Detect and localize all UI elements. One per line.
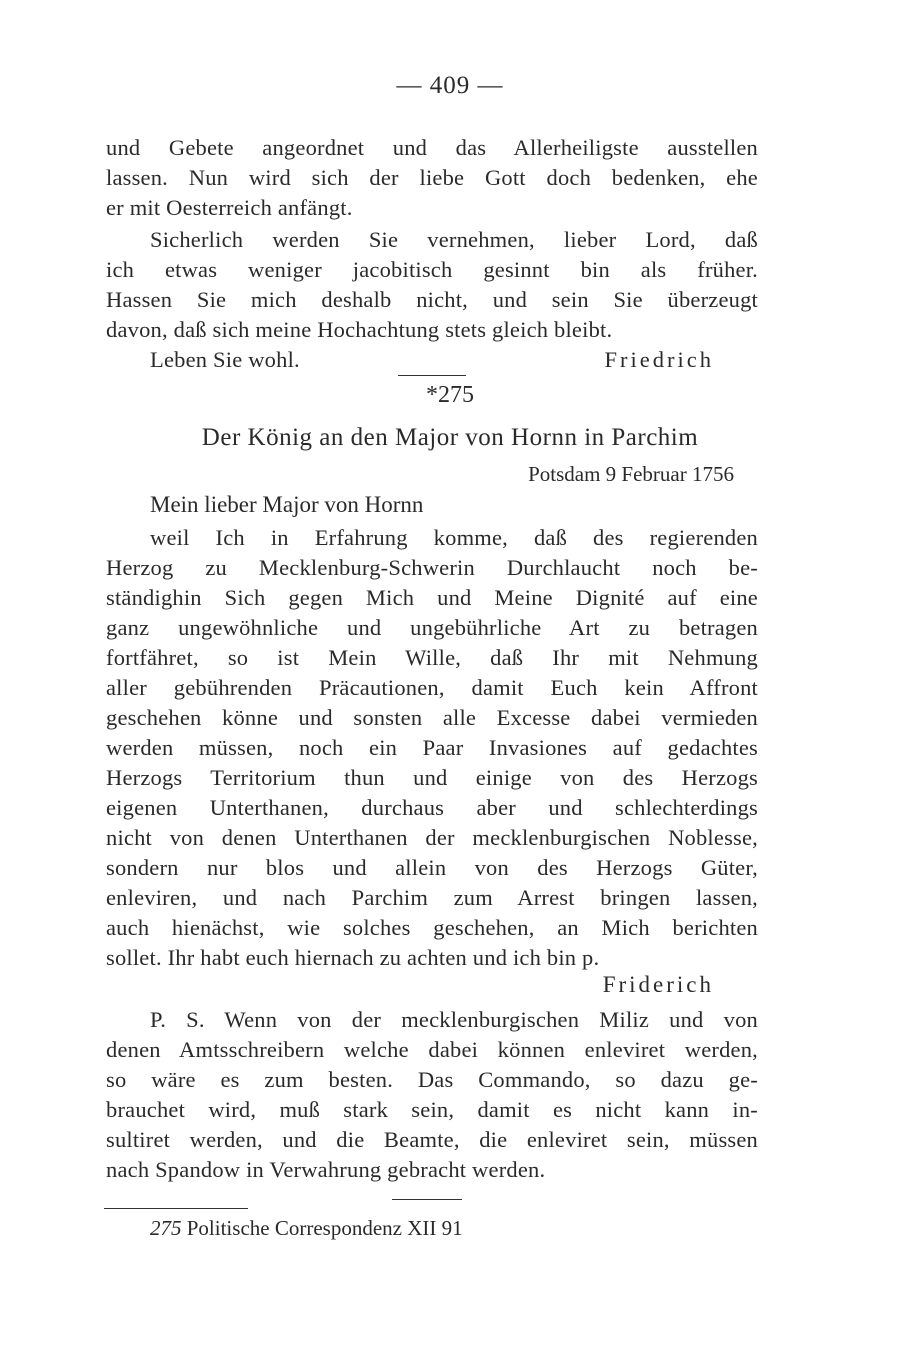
text-line: sultiret werden, und die Beamte, die enl… <box>106 1125 758 1155</box>
text-line: Herzogs Territorium thun und einige von … <box>106 763 758 793</box>
footnote: 275 Politische Correspondenz XII 91 <box>150 1216 463 1241</box>
text-line: sollet. Ihr habt euch hiernach zu achten… <box>106 943 758 973</box>
closing-row: Leben Sie wohl. Friedrich <box>106 345 758 375</box>
text-line: und Gebete angeordnet und das Allerheili… <box>106 133 758 163</box>
text-line: fortfähret, so ist Mein Wille, daß Ihr m… <box>106 643 758 673</box>
text-line: auch hienächst, wie solches geschehen, a… <box>106 913 758 943</box>
page-number: — 409 — <box>0 72 900 100</box>
footnote-number: 275 <box>150 1216 182 1240</box>
text-line: ich etwas weniger jacobitisch gesinnt bi… <box>106 255 758 285</box>
text-line: Herzog zu Mecklenburg-Schwerin Durchlauc… <box>106 553 758 583</box>
text-line: eigenen Unterthanen, durchaus aber und s… <box>106 793 758 823</box>
footnote-text: Politische Correspondenz XII 91 <box>187 1216 463 1240</box>
text-line: sondern nur blos und allein von des Herz… <box>106 853 758 883</box>
previous-letter-continuation: und Gebete angeordnet und das Allerheili… <box>106 133 758 223</box>
text-line: P. S. Wenn von der mecklenburgischen Mil… <box>106 1005 758 1035</box>
text-line: geschehen könne und sonsten alle Excesse… <box>106 703 758 733</box>
letter-salutation: Mein lieber Major von Hornn <box>150 492 423 518</box>
closing-text: Leben Sie wohl. <box>150 345 300 375</box>
text-line: enleviren, und nach Parchim zum Arrest b… <box>106 883 758 913</box>
text-line: davon, daß sich meine Hochachtung stets … <box>106 315 758 345</box>
text-line: Hassen Sie mich deshalb nicht, und sein … <box>106 285 758 315</box>
previous-letter-paragraph: Sicherlich werden Sie vernehmen, lieber … <box>106 225 758 375</box>
letter-dateline: Potsdam 9 Februar 1756 <box>528 462 734 487</box>
footnote-rule <box>104 1208 248 1209</box>
letter-signature: Friderich <box>603 972 714 998</box>
text-line: weil Ich in Erfahrung komme, daß des reg… <box>106 523 758 553</box>
letter-heading: Der König an den Major von Hornn in Parc… <box>0 424 900 452</box>
text-line: Sicherlich werden Sie vernehmen, lieber … <box>106 225 758 255</box>
text-line: nach Spandow in Verwahrung gebracht werd… <box>106 1155 758 1185</box>
text-line: brauchet wird, muß stark sein, damit es … <box>106 1095 758 1125</box>
letter-number: *275 <box>0 382 900 409</box>
text-line: denen Amtsschreibern welche dabei können… <box>106 1035 758 1065</box>
section-divider <box>398 375 466 376</box>
postscript: P. S. Wenn von der mecklenburgischen Mil… <box>106 1005 758 1185</box>
text-line: er mit Oesterreich anfängt. <box>106 193 758 223</box>
letter-body: weil Ich in Erfahrung komme, daß des reg… <box>106 523 758 973</box>
text-line: so wäre es zum besten. Das Commando, so … <box>106 1065 758 1095</box>
text-line: aller gebührenden Präcautionen, damit Eu… <box>106 673 758 703</box>
text-line: ständighin Sich gegen Mich und Meine Dig… <box>106 583 758 613</box>
text-line: ganz ungewöhnliche und ungebührliche Art… <box>106 613 758 643</box>
text-line: lassen. Nun wird sich der liebe Gott doc… <box>106 163 758 193</box>
signature: Friedrich <box>605 345 714 375</box>
text-line: nicht von denen Unterthanen der mecklenb… <box>106 823 758 853</box>
text-line: werden müssen, noch ein Paar Invasiones … <box>106 733 758 763</box>
end-divider <box>392 1199 462 1200</box>
